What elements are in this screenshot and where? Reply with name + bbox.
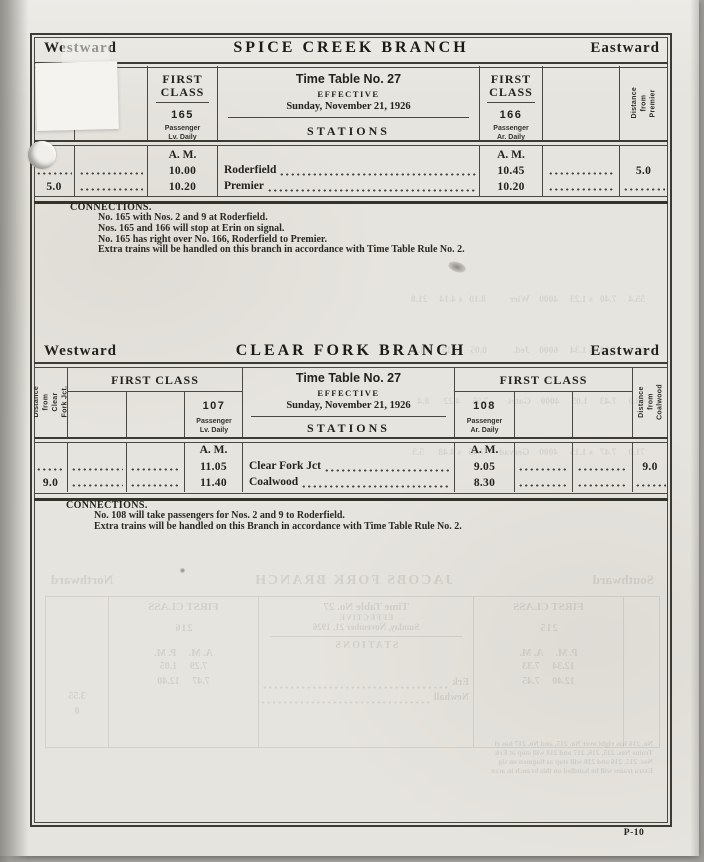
leave-time: 10.00 xyxy=(148,164,218,180)
meridiem-west: A. M. xyxy=(185,442,243,460)
dotted-leader xyxy=(324,469,451,472)
first-class-label: FIRST CLASS xyxy=(480,73,542,98)
station-cell: Coalwood xyxy=(243,476,455,492)
dotted-leader xyxy=(577,468,629,471)
cell xyxy=(75,145,148,164)
spice-dist-east-header: Distance from Premier xyxy=(620,66,668,140)
station-name: Coalwood xyxy=(249,476,298,488)
rule xyxy=(228,117,468,118)
clearfork-dist-west-header: Distance from Clear Fork Jct. xyxy=(34,367,68,437)
station-name: Roderfield xyxy=(224,164,276,176)
arrive-time: 10.45 xyxy=(480,164,543,180)
punch-hole xyxy=(28,141,56,169)
cell xyxy=(515,392,573,437)
cell xyxy=(243,442,455,460)
timetable-number: Time Table No. 27 xyxy=(296,72,401,86)
scanned-timetable-page: 55.4 7.40 s 1.23 4000 Wier 8.10 s 4.14 2… xyxy=(0,0,704,862)
meridiem-west: A. M. xyxy=(148,145,218,164)
dotted-leader xyxy=(267,189,476,192)
cell xyxy=(573,442,633,460)
clearfork-train-108-header: 108 Passenger Ar. Daily xyxy=(455,392,515,437)
connection-note: Extra trains will be handled on this Bra… xyxy=(94,522,462,533)
spice-eastward-label: Eastward xyxy=(560,40,660,57)
first-class-label: FIRST CLASS xyxy=(455,367,632,388)
cell xyxy=(34,460,68,476)
clearfork-train-107-header: 107 Passenger Lv. Daily xyxy=(185,392,243,437)
distance-west: 5.0 xyxy=(34,180,75,196)
cell xyxy=(127,460,185,476)
clearfork-dist-east-label: Distance from Coalwood xyxy=(636,384,664,420)
cell xyxy=(620,145,668,164)
dotted-leader xyxy=(518,468,568,471)
cell xyxy=(543,164,620,180)
distance-west: 9.0 xyxy=(34,476,68,492)
train-number: 166 xyxy=(500,109,523,121)
train-number: 108 xyxy=(473,400,496,412)
dotted-leader xyxy=(301,485,451,488)
leave-time: 11.40 xyxy=(185,476,243,492)
clearfork-dist-west-label: Distance from Clear Fork Jct. xyxy=(34,385,68,420)
dotted-leader xyxy=(279,173,476,176)
service-label: Passenger Ar. Daily xyxy=(493,125,528,140)
dotted-leader xyxy=(548,188,615,191)
cell xyxy=(620,180,668,196)
dotted-leader xyxy=(577,484,629,487)
cell xyxy=(543,180,620,196)
cell xyxy=(515,460,573,476)
rule xyxy=(251,416,445,417)
service-label: Passenger Ar. Daily xyxy=(467,418,502,436)
cell xyxy=(573,476,633,492)
cell xyxy=(75,164,148,180)
dotted-leader xyxy=(518,484,568,487)
spice-connections-notes: No. 165 with Nos. 2 and 9 at Roderfield.… xyxy=(98,213,465,256)
cell xyxy=(543,145,620,164)
cell xyxy=(127,392,185,437)
leave-time: 10.20 xyxy=(148,180,218,196)
cell xyxy=(515,442,573,460)
clearfork-west-group: FIRST CLASS 107 Passenger Lv. Daily xyxy=(68,367,243,437)
cell xyxy=(127,442,185,460)
dotted-leader xyxy=(623,188,665,191)
cell xyxy=(68,476,127,492)
dotted-leader xyxy=(36,172,71,175)
leave-time: 11.05 xyxy=(185,460,243,476)
dotted-leader xyxy=(130,468,180,471)
dotted-leader xyxy=(548,172,615,175)
service-label: Passenger Lv. Daily xyxy=(165,125,200,140)
stations-label: STATIONS xyxy=(307,124,390,139)
dotted-leader xyxy=(36,468,65,471)
dotted-leader xyxy=(130,484,180,487)
distance-east: 5.0 xyxy=(620,164,668,180)
cell xyxy=(573,392,633,437)
train-number: 107 xyxy=(203,400,226,412)
page-number: P-10 xyxy=(610,828,658,838)
service-label: Passenger Lv. Daily xyxy=(196,418,231,436)
ink-speck xyxy=(180,568,185,573)
effective-label: EFFECTIVE xyxy=(317,388,379,398)
cell xyxy=(34,442,68,460)
clearfork-data-rows: A. M. A. M. 11.05 Clear Fork Jct 9.05 9.… xyxy=(34,442,668,492)
clearfork-header-row: Distance from Clear Fork Jct. FIRST CLAS… xyxy=(34,367,668,437)
clearfork-dist-east-header: Distance from Coalwood xyxy=(633,367,668,437)
cell xyxy=(68,442,127,460)
spice-timetable-header: Time Table No. 27 EFFECTIVE Sunday, Nove… xyxy=(218,66,480,140)
spice-header-row: Distance from Spice Cr FIRST CLASS 165 P… xyxy=(34,66,668,140)
station-cell: Roderfield xyxy=(218,164,480,180)
tape-patch xyxy=(62,39,110,64)
dotted-leader xyxy=(635,484,666,487)
first-class-label: FIRST CLASS xyxy=(148,73,217,98)
rule xyxy=(156,102,210,103)
spice-data-rows: A. M. A. M. 10.00 Roderfield 10.45 5.0 5… xyxy=(34,145,668,196)
cell xyxy=(573,460,633,476)
station-name: Clear Fork Jct xyxy=(249,460,321,472)
effective-date: Sunday, November 21, 1926 xyxy=(286,101,410,112)
arrive-time: 8.30 xyxy=(455,476,515,492)
dotted-leader xyxy=(79,172,142,175)
spice-train-166-header: FIRST CLASS 166 Passenger Ar. Daily xyxy=(480,66,543,140)
clearfork-eastward-label: Eastward xyxy=(560,343,660,360)
cell xyxy=(68,460,127,476)
cell xyxy=(218,145,480,164)
clearfork-east-group: FIRST CLASS 108 Passenger Ar. Daily xyxy=(455,367,633,437)
first-class-label: FIRST CLASS xyxy=(68,367,242,388)
dotted-leader xyxy=(71,468,122,471)
dotted-leader xyxy=(79,188,142,191)
cell xyxy=(75,180,148,196)
station-name: Premier xyxy=(224,180,264,192)
meridiem-east: A. M. xyxy=(480,145,543,164)
connection-note: Extra trains will be handled on this bra… xyxy=(98,245,465,256)
arrive-time: 9.05 xyxy=(455,460,515,476)
arrive-time: 10.20 xyxy=(480,180,543,196)
distance-east: 9.0 xyxy=(633,460,668,476)
spice-train-165-header: FIRST CLASS 165 Passenger Lv. Daily xyxy=(148,66,218,140)
connection-note: Nos. 165 and 166 will stop at Erin on si… xyxy=(98,224,465,235)
clearfork-timetable-header: Time Table No. 27 EFFECTIVE Sunday, Nove… xyxy=(243,367,455,437)
spice-spare-col-east xyxy=(543,66,620,140)
cell xyxy=(68,392,127,437)
effective-label: EFFECTIVE xyxy=(317,89,379,99)
train-number: 165 xyxy=(171,109,194,121)
stations-label: STATIONS xyxy=(307,421,390,436)
cell xyxy=(633,442,668,460)
rule xyxy=(487,102,535,103)
station-cell: Clear Fork Jct xyxy=(243,460,455,476)
sticker-patch xyxy=(35,61,119,131)
cell xyxy=(633,476,668,492)
cell xyxy=(127,476,185,492)
cell xyxy=(515,476,573,492)
timetable-number: Time Table No. 27 xyxy=(296,371,401,385)
meridiem-east: A. M. xyxy=(455,442,515,460)
spice-dist-east-label: Distance from Premier xyxy=(630,85,658,122)
effective-date: Sunday, November 21, 1926 xyxy=(286,400,410,411)
station-cell: Premier xyxy=(218,180,480,196)
dotted-leader xyxy=(71,484,122,487)
clearfork-connections-notes: No. 108 will take passengers for Nos. 2 … xyxy=(94,511,462,533)
